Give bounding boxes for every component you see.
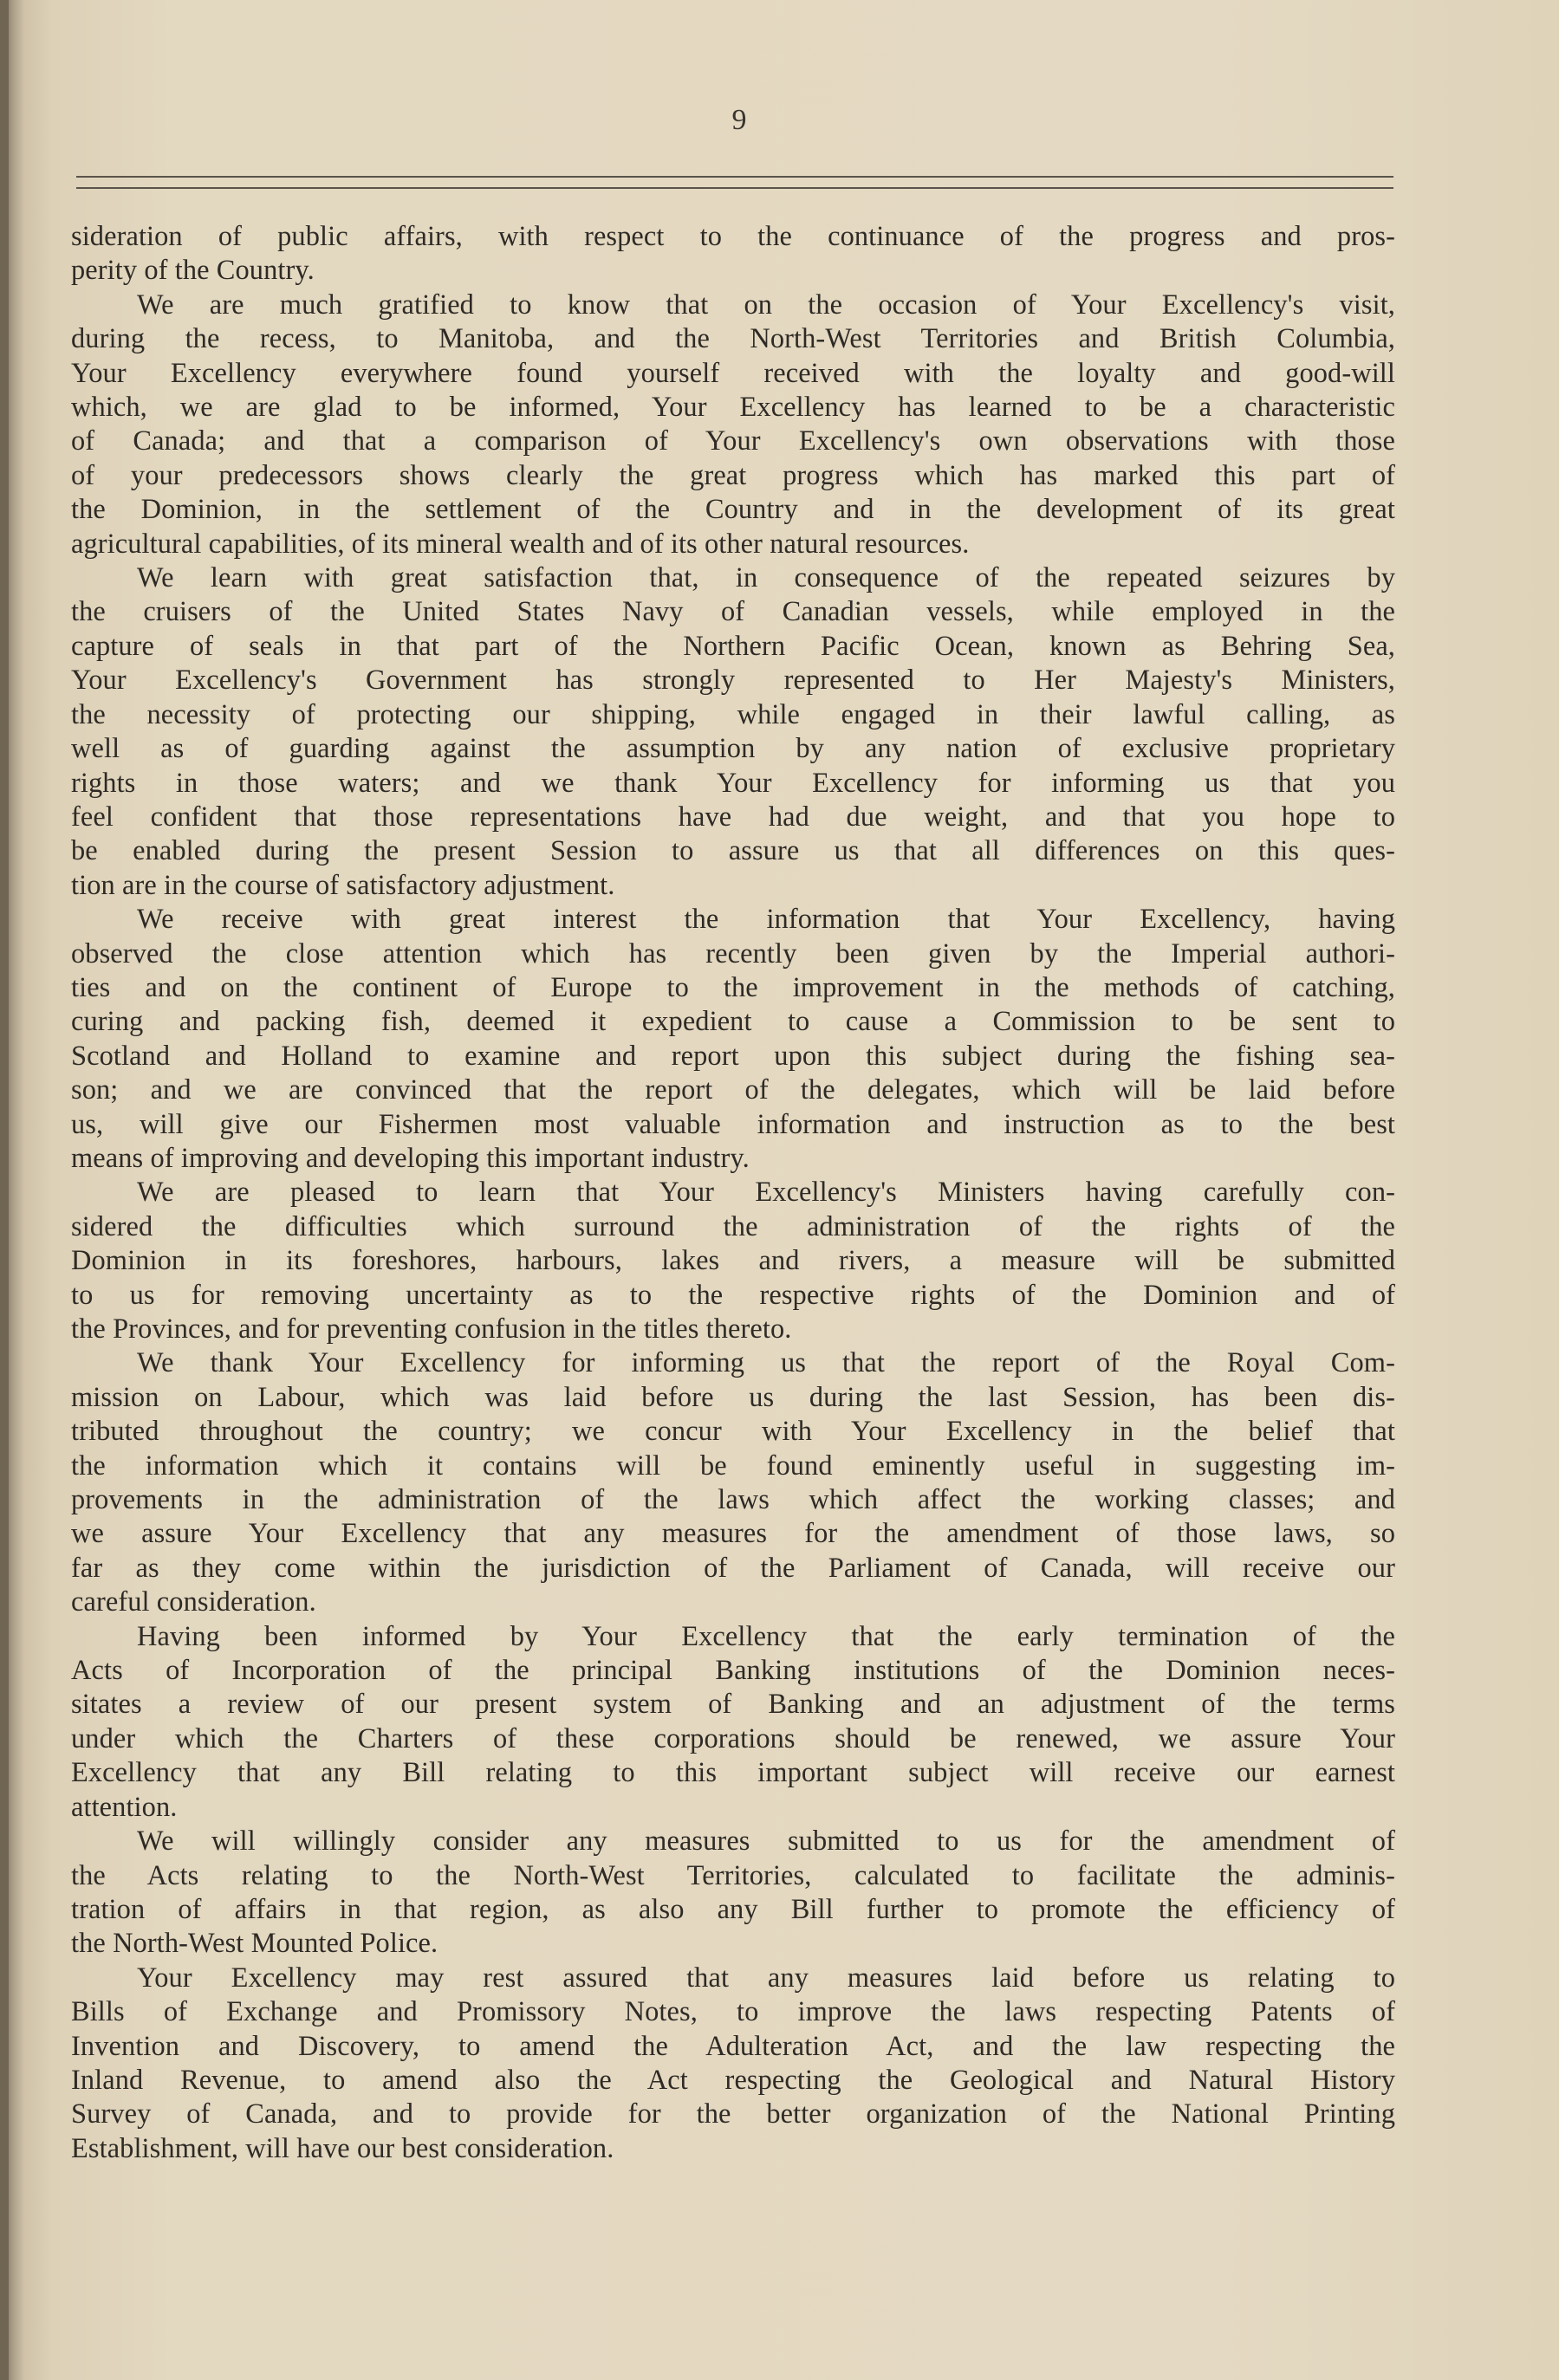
text-line: Bills of Exchange and Promissory Notes, …: [71, 1995, 1395, 2029]
text-line: we assure Your Excellency that any measu…: [71, 1517, 1395, 1551]
text-line: under which the Charters of these corpor…: [71, 1722, 1395, 1756]
text-line: Your Excellency everywhere found yoursel…: [71, 357, 1395, 391]
text-line: Invention and Discovery, to amend the Ad…: [71, 2030, 1395, 2064]
text-line: We learn with great satisfaction that, i…: [71, 561, 1395, 595]
text-line: We are pleased to learn that Your Excell…: [71, 1176, 1395, 1209]
paragraph: sideration of public affairs, with respe…: [71, 220, 1395, 289]
text-line: be enabled during the present Session to…: [71, 834, 1395, 868]
paragraph: We are pleased to learn that Your Excell…: [71, 1176, 1395, 1346]
text-line: to us for removing uncertainty as to the…: [71, 1279, 1395, 1313]
text-line: which, we are glad to be informed, Your …: [71, 391, 1395, 425]
paragraph: We are much gratified to know that on th…: [71, 289, 1395, 561]
text-line: perity of the Country.: [71, 254, 1395, 288]
text-line: tration of affairs in that region, as al…: [71, 1893, 1395, 1927]
text-line: curing and packing fish, deemed it exped…: [71, 1005, 1395, 1039]
scanned-page: 9 sideration of public affairs, with res…: [0, 0, 1559, 2380]
text-line: Inland Revenue, to amend also the Act re…: [71, 2064, 1395, 2098]
text-line: well as of guarding against the assumpti…: [71, 732, 1395, 766]
text-line: means of improving and developing this i…: [71, 1142, 1395, 1176]
text-line: during the recess, to Manitoba, and the …: [71, 322, 1395, 356]
text-line: the Acts relating to the North-West Terr…: [71, 1859, 1395, 1893]
text-line: Excellency that any Bill relating to thi…: [71, 1756, 1395, 1790]
text-line: the Dominion, in the settlement of the C…: [71, 493, 1395, 527]
text-line: mission on Labour, which was laid before…: [71, 1381, 1395, 1415]
header-rule-top: [76, 176, 1393, 178]
text-line: sitates a review of our present system o…: [71, 1688, 1395, 1722]
text-line: We thank Your Excellency for informing u…: [71, 1346, 1395, 1380]
header-rule-bottom: [76, 187, 1393, 189]
text-line: Survey of Canada, and to provide for the…: [71, 2098, 1395, 2131]
paragraph: Having been informed by Your Excellency …: [71, 1620, 1395, 1825]
text-line: Your Excellency's Government has strongl…: [71, 664, 1395, 697]
text-line: sideration of public affairs, with respe…: [71, 220, 1395, 254]
paragraph: We will willingly consider any measures …: [71, 1825, 1395, 1962]
text-line: sidered the difficulties which surround …: [71, 1210, 1395, 1244]
text-line: the information which it contains will b…: [71, 1449, 1395, 1483]
text-line: far as they come within the jurisdiction…: [71, 1552, 1395, 1586]
text-line: tributed throughout the country; we conc…: [71, 1415, 1395, 1449]
text-line: careful consideration.: [71, 1586, 1395, 1619]
text-line: Establishment, will have our best consid…: [71, 2132, 1395, 2166]
text-line: Scotland and Holland to examine and repo…: [71, 1040, 1395, 1073]
paragraph: We learn with great satisfaction that, i…: [71, 561, 1395, 903]
text-line: the cruisers of the United States Navy o…: [71, 595, 1395, 629]
text-line: son; and we are convinced that the repor…: [71, 1073, 1395, 1107]
paragraph: We receive with great interest the infor…: [71, 903, 1395, 1176]
text-line: Having been informed by Your Excellency …: [71, 1620, 1395, 1654]
text-line: the necessity of protecting our shipping…: [71, 698, 1395, 732]
page-number: 9: [726, 104, 752, 137]
paragraph: We thank Your Excellency for informing u…: [71, 1346, 1395, 1619]
text-line: observed the close attention which has r…: [71, 937, 1395, 971]
binding-shadow: [0, 0, 9, 2380]
text-line: Your Excellency may rest assured that an…: [71, 1962, 1395, 1995]
text-line: Dominion in its foreshores, harbours, la…: [71, 1244, 1395, 1278]
text-line: us, will give our Fishermen most valuabl…: [71, 1108, 1395, 1142]
text-line: the Provinces, and for preventing confus…: [71, 1313, 1395, 1346]
text-line: of Canada; and that a comparison of Your…: [71, 425, 1395, 458]
text-line: capture of seals in that part of the Nor…: [71, 630, 1395, 664]
text-line: provements in the administration of the …: [71, 1483, 1395, 1517]
text-line: We are much gratified to know that on th…: [71, 289, 1395, 322]
text-line: We receive with great interest the infor…: [71, 903, 1395, 937]
text-line: We will willingly consider any measures …: [71, 1825, 1395, 1858]
text-line: Acts of Incorporation of the principal B…: [71, 1654, 1395, 1688]
text-line: tion are in the course of satisfactory a…: [71, 869, 1395, 903]
text-line: rights in those waters; and we thank You…: [71, 767, 1395, 801]
text-line: agricultural capabilities, of its minera…: [71, 528, 1395, 561]
body-text: sideration of public affairs, with respe…: [71, 220, 1395, 2166]
text-line: of your predecessors shows clearly the g…: [71, 459, 1395, 493]
paragraph: Your Excellency may rest assured that an…: [71, 1962, 1395, 2166]
text-line: feel confident that those representation…: [71, 801, 1395, 834]
text-line: attention.: [71, 1791, 1395, 1825]
text-line: the North-West Mounted Police.: [71, 1927, 1395, 1961]
text-line: ties and on the continent of Europe to t…: [71, 971, 1395, 1005]
